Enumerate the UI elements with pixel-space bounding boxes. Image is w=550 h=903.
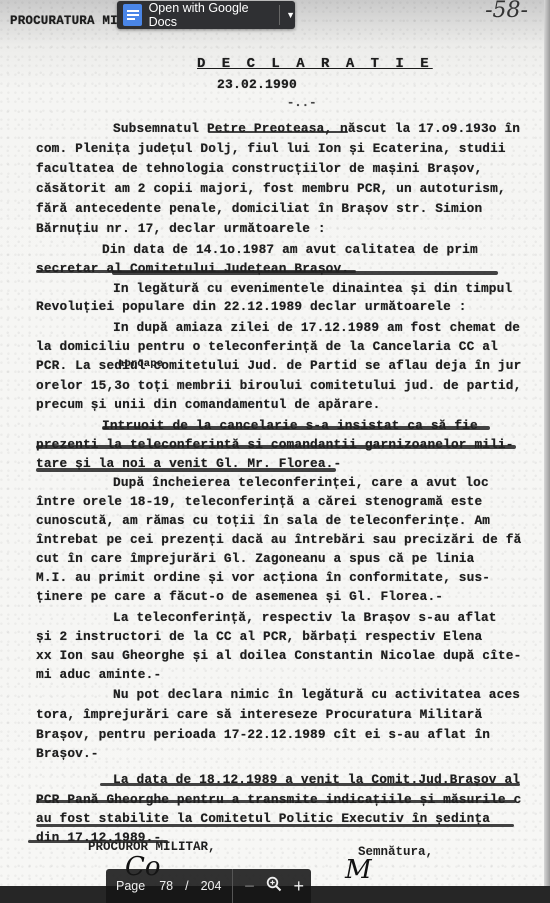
document-line: Revoluției populare din 22.12.1989 decla… [36, 299, 467, 314]
document-page: -58- PROCURATURA MILITARA BRASOV D E C L… [0, 0, 550, 886]
declarant-signature: M [345, 855, 372, 885]
document-line: precum și unii din comandamentul de apăr… [36, 397, 381, 412]
document-title: D E C L A R A T I E [197, 56, 433, 72]
page-label: Page [116, 879, 145, 893]
document-line: com. Plenița județul Dolj, fiul lui Ion … [36, 141, 506, 156]
document-line: La teleconferință, respectiv la Brașov s… [113, 610, 497, 625]
google-docs-icon [123, 4, 142, 26]
document-line: xx Ion sau Gheorghe și al doilea Constan… [36, 648, 521, 663]
divider [232, 869, 233, 903]
zoom-button[interactable] [262, 876, 287, 896]
document-line: cunoscută, am rămas cu toții în sala de … [36, 513, 490, 528]
document-line: și 2 instructori de la CC al PCR, bărbaț… [36, 629, 482, 644]
strike-mark [36, 468, 336, 472]
document-line: cut în care împrejurări Gl. Zagoneanu a … [36, 551, 474, 566]
document-line: M.I. au primit ordine și vor acționa în … [36, 570, 490, 585]
dash-mark: -..- [287, 96, 317, 110]
document-line: Subsemnatul Petre Preoteasa, născut la 1… [113, 121, 520, 136]
divider [279, 5, 280, 25]
document-line: la domiciliu pentru o teleconferință de … [36, 339, 498, 354]
document-line: mi aduc aminte.- [36, 667, 161, 682]
document-line: Brașov, pentru perioada 17-22.12.1989 cî… [36, 727, 490, 742]
document-line: PCR. La sediul comitetului Jud. de Parti… [36, 358, 521, 373]
caret-down-icon[interactable]: ▼ [286, 10, 295, 20]
strike-mark [102, 426, 490, 430]
zoom-in-button[interactable]: + [286, 876, 311, 897]
document-line: fără antecedente penale, domiciliat în B… [36, 201, 482, 216]
total-pages: 204 [201, 879, 222, 893]
document-line: căsătorit am 2 copii majori, fost membru… [36, 181, 506, 196]
document-line: întrebat pe cei prezenți dacă au întrebă… [36, 532, 521, 547]
strike-mark [36, 800, 516, 803]
underline-mark [208, 131, 348, 133]
page-edge [544, 0, 550, 886]
interlinear-note: aproape [118, 358, 163, 370]
open-with-label: Open with Google Docs [149, 1, 272, 29]
handwritten-page-number: -58- [485, 0, 528, 23]
strike-mark [36, 270, 356, 273]
plus-icon: + [293, 876, 304, 896]
magnifier-icon [266, 876, 282, 892]
document-line: tora, împrejurări care să intereseze Pro… [36, 707, 482, 722]
document-line: orelor 15,3o toți membrii biroului comit… [36, 378, 521, 393]
strike-mark [36, 445, 516, 449]
document-line: între orele 18-19, teleconferință a căre… [36, 494, 482, 509]
open-with-google-docs-button[interactable]: Open with Google Docs ▼ [117, 1, 295, 29]
minus-icon: − [244, 876, 255, 896]
document-date: 23.02.1990 [217, 77, 297, 92]
document-line: facultatea de tehnologia construcțiilor … [36, 161, 482, 176]
document-line: Din data de 14.1o.1987 am avut calitatea… [102, 242, 478, 257]
strike-mark [36, 824, 514, 827]
document-line: Bărnuțiu nr. 17, declar următoarele : [36, 221, 326, 236]
document-line: In după amiaza zilei de 17.12.1989 am fo… [113, 320, 520, 335]
current-page-input[interactable]: 78 [159, 879, 173, 893]
document-line: ținere pe care a făcut-o de asemenea și … [36, 589, 443, 604]
page-separator: / [185, 879, 188, 893]
page-navigator: Page 78 / 204 − + [106, 869, 311, 903]
strike-mark [100, 783, 520, 786]
document-line: După încheierea teleconferinței, care a … [113, 475, 489, 490]
document-line: Nu pot declara nimic în legătură cu acti… [113, 687, 520, 702]
document-line: In legătură cu evenimentele dinaintea și… [113, 281, 512, 296]
zoom-out-button[interactable]: − [237, 876, 262, 897]
document-line: Brașov.- [36, 746, 99, 761]
